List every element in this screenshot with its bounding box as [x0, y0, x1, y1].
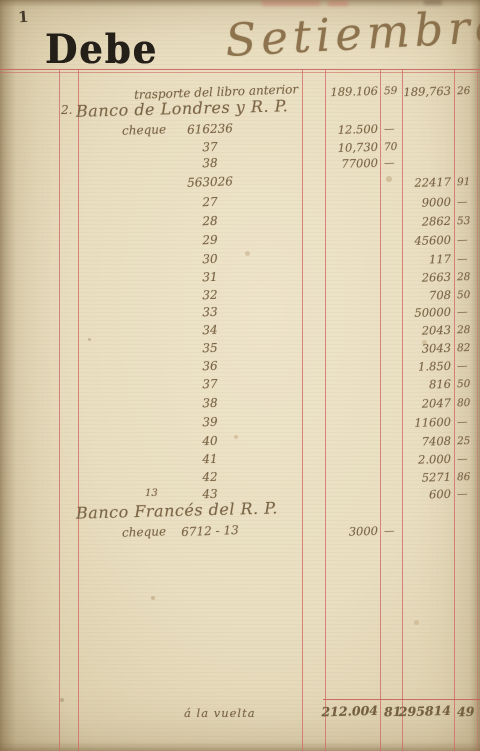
- paper-stain: [60, 698, 64, 702]
- amount-col2-cents: 86: [457, 471, 477, 484]
- amount-col1-cents: —: [384, 123, 402, 135]
- amount-col2-cents: 28: [457, 271, 477, 284]
- amount-col1-main: 10,730: [288, 140, 378, 156]
- page-number: 1: [17, 8, 29, 27]
- amount-col2-cents: 80: [457, 397, 477, 410]
- amount-col2-cents: 49: [457, 704, 477, 720]
- page-edge-bottom: [0, 741, 480, 751]
- amount-col2-main: 295814: [361, 703, 451, 720]
- account-name: Banco de Londres y R. P.: [76, 96, 289, 121]
- paper-stain: [88, 338, 91, 341]
- amount-col2-cents: 28: [457, 324, 477, 337]
- totals-rule: [323, 699, 480, 700]
- amount-col2-main: 2862: [361, 214, 451, 230]
- page-edge-right: [470, 0, 480, 751]
- amount-col2-cents: 50: [457, 289, 477, 302]
- cheque-label: cheque: [122, 122, 167, 138]
- amount-col2-main: 189,763: [361, 84, 451, 100]
- amount-col2-cents: 25: [457, 435, 477, 448]
- page-edge-left: [0, 0, 16, 751]
- cheque-number: 32: [170, 287, 250, 304]
- cheque-number: 41: [170, 451, 250, 468]
- amount-col2-cents: —: [457, 488, 477, 501]
- cheque-number: 37: [170, 376, 250, 393]
- amount-col2-main: 11600: [361, 415, 451, 431]
- amount-col2-cents: —: [457, 360, 477, 373]
- amount-col2-main: 22417: [361, 175, 451, 191]
- folio-column-line-left: [302, 70, 303, 751]
- amount-col2-cents: 82: [457, 342, 477, 355]
- amount-col2-cents: 26: [457, 85, 477, 98]
- amount-col2-cents: —: [457, 306, 477, 319]
- col2-cents-divider: [454, 70, 455, 751]
- account-name: Banco Francés del R. P.: [76, 498, 278, 522]
- cheque-number: 30: [170, 251, 250, 268]
- cheque-number: 36: [170, 358, 250, 375]
- amount-col1-main: 3000: [288, 524, 378, 540]
- cheque-number: 37: [170, 139, 250, 156]
- cheque-number: 33: [170, 304, 250, 321]
- col2-right-line: [477, 70, 478, 751]
- amount-col1-cents: 70: [384, 141, 402, 153]
- cheque-number: 27: [170, 194, 250, 211]
- cheque-number: 34: [170, 322, 250, 339]
- folio-column-line-right: [325, 70, 326, 751]
- amount-col2-main: 2043: [361, 323, 451, 339]
- cheque-number: 616236: [170, 121, 250, 138]
- amount-col1-cents: —: [384, 525, 402, 537]
- amount-col1-cents: —: [384, 157, 402, 169]
- amount-col2-main: 816: [361, 377, 451, 393]
- amount-col2-main: 50000: [361, 305, 451, 321]
- amount-col2-cents: 91: [457, 176, 477, 189]
- amount-col2-cents: 50: [457, 378, 477, 391]
- cheque-label: cheque: [122, 524, 167, 540]
- amount-col2-main: 2047: [361, 396, 451, 412]
- cheque-number: 42: [170, 469, 250, 486]
- ledger-page: 1 Debe Setiembre trasporte del libro ant…: [0, 0, 480, 751]
- ledger-side-heading: Debe: [45, 25, 158, 73]
- cheque-number: 31: [170, 269, 250, 286]
- amount-col2-main: 9000: [361, 195, 451, 211]
- cheque-number: 29: [170, 232, 250, 249]
- amount-col1-main: 12.500: [288, 122, 378, 138]
- amount-col2-cents: —: [457, 196, 477, 209]
- amount-col2-main: 2663: [361, 270, 451, 286]
- amount-col2-main: 3043: [361, 341, 451, 357]
- amount-col2-main: 2.000: [361, 452, 451, 468]
- amount-col2-cents: —: [457, 234, 477, 247]
- amount-col2-main: 5271: [361, 470, 451, 486]
- folio-reference: 13: [145, 488, 158, 499]
- amount-col2-cents: —: [457, 253, 477, 266]
- carried-forward-label: á la vuelta: [184, 706, 256, 720]
- margin-line-inner: [78, 70, 79, 751]
- margin-line-outer: [59, 70, 60, 751]
- amount-col2-main: 600: [361, 487, 451, 503]
- amount-col2-main: 708: [361, 288, 451, 304]
- cheque-number: 563026: [170, 174, 250, 191]
- cheque-number: 38: [170, 155, 250, 172]
- amount-col2-main: 7408: [361, 434, 451, 450]
- amount-col1-main: 77000: [288, 156, 378, 172]
- month-heading: Setiembre: [224, 0, 480, 67]
- cheque-number: 39: [170, 414, 250, 431]
- entry-date: 2.: [61, 103, 72, 117]
- paper-stain: [414, 620, 419, 625]
- cheque-number: 35: [170, 340, 250, 357]
- amount-col2-main: 45600: [361, 233, 451, 249]
- cheque-number: 40: [170, 433, 250, 450]
- amount-col2-cents: —: [457, 416, 477, 429]
- cheque-number: 6712 - 13: [170, 523, 250, 540]
- amount-col2-cents: 53: [457, 215, 477, 228]
- amount-col2-main: 117: [361, 252, 451, 268]
- amount-col2-main: 1.850: [361, 359, 451, 375]
- cheque-number: 38: [170, 395, 250, 412]
- paper-stain: [151, 596, 155, 600]
- amount-col2-cents: —: [457, 453, 477, 466]
- cheque-number: 28: [170, 213, 250, 230]
